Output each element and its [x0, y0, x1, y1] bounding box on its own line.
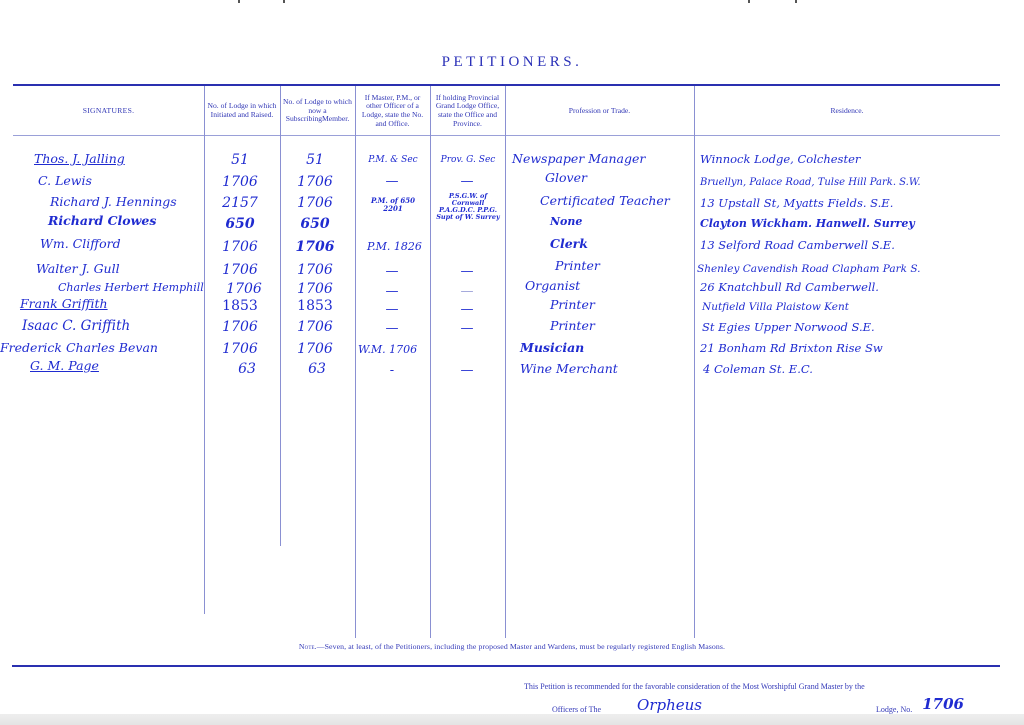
- column-header-lodge-subscribing: No. of Lodge to which now a SubscribingM…: [280, 88, 355, 134]
- signature: Charles Herbert Hemphill: [58, 282, 204, 293]
- officers-of-text: Officers of The: [552, 705, 601, 714]
- provincial-office: —: [432, 322, 502, 335]
- profession: Organist: [525, 280, 580, 293]
- office: P.M. of 650 2201: [368, 197, 418, 212]
- lodge-initiated: 51: [205, 153, 275, 167]
- profession: Printer: [550, 299, 595, 312]
- office: —: [357, 175, 427, 188]
- provincial-office: —: [432, 303, 502, 316]
- signature: Frank Griffith: [20, 298, 108, 311]
- lodge-initiated: 2157: [205, 196, 275, 210]
- lodge-subscribing: 51: [280, 153, 350, 167]
- profession: Certificated Teacher: [540, 195, 670, 208]
- profession: Musician: [520, 342, 584, 355]
- column-header-office: If Master, P.M., or other Officer of a L…: [355, 88, 430, 134]
- provincial-office: —: [432, 285, 502, 298]
- provincial-office: —: [432, 364, 502, 377]
- officers-of-label: Officers of The Orpheus: [552, 700, 668, 715]
- lodge-subscribing: 1706: [280, 282, 350, 296]
- residence: Nutfield Villa Plaistow Kent: [702, 302, 849, 313]
- column-header-lodge-initiated: No. of Lodge in which Initiated and Rais…: [204, 88, 280, 134]
- lodge-initiated: 1706: [205, 263, 275, 277]
- residence: Clayton Wickham. Hanwell. Surrey: [700, 218, 915, 229]
- page-edge: [0, 714, 1024, 725]
- residence: St Egies Upper Norwood S.E.: [702, 322, 875, 334]
- office: P.M. 1826: [367, 241, 422, 252]
- office: P.M. & Sec: [357, 157, 429, 165]
- lodge-subscribing: 1853: [280, 299, 350, 313]
- column-divider: [355, 86, 356, 638]
- lodge-subscribing: 1706: [280, 240, 350, 254]
- residence: Winnock Lodge, Colchester: [700, 154, 860, 166]
- lodge-subscribing: 650: [280, 217, 350, 231]
- residence: 21 Bonham Rd Brixton Rise Sw: [700, 343, 883, 355]
- lodge-initiated: 1853: [205, 299, 275, 313]
- signature: Walter J. Gull: [36, 263, 120, 276]
- profession: Newspaper Manager: [512, 153, 645, 166]
- petition-note: Note.—Seven, at least, of the Petitioner…: [0, 642, 1024, 651]
- signature: C. Lewis: [38, 175, 92, 188]
- lodge-initiated: 1706: [205, 320, 275, 334]
- residence: 4 Coleman St. E.C.: [703, 364, 813, 376]
- provincial-office: —: [432, 265, 502, 278]
- lodge-subscribing: 1706: [280, 342, 350, 356]
- residence: 13 Upstall St, Myatts Fields. S.E.: [700, 198, 893, 210]
- profession: Clerk: [550, 238, 588, 251]
- lodge-subscribing: 1706: [280, 196, 350, 210]
- provincial-office: Prov. G. Sec: [432, 157, 504, 165]
- column-header-provincial-office: If holding Provincial Grand Lodge Office…: [430, 88, 505, 134]
- recommendation-text: This Petition is recommended for the fav…: [524, 682, 865, 691]
- note-text: —Seven, at least, of the Petitioners, in…: [317, 642, 725, 651]
- provincial-office: —: [432, 175, 502, 188]
- profession: Glover: [545, 172, 587, 185]
- signature: Richard Clowes: [48, 215, 156, 228]
- signature: Thos. J. Jalling: [34, 153, 125, 166]
- column-header-residence: Residence.: [694, 88, 1000, 134]
- profession: Wine Merchant: [520, 363, 618, 376]
- lodge-initiated: 63: [212, 362, 282, 376]
- residence: Bruellyn, Palace Road, Tulse Hill Park. …: [700, 178, 921, 188]
- residence: Shenley Cavendish Road Clapham Park S.: [697, 264, 921, 275]
- residence: 26 Knatchbull Rd Camberwell.: [700, 282, 879, 294]
- signature: Isaac C. Griffith: [22, 320, 130, 334]
- profession: Printer: [550, 320, 595, 333]
- lodge-name: Orpheus: [637, 696, 702, 714]
- column-divider: [505, 86, 506, 638]
- page-title: PETITIONERS.: [0, 54, 1024, 71]
- signature: Frederick Charles Bevan: [0, 342, 158, 355]
- lodge-subscribing: 1706: [280, 175, 350, 189]
- lodge-number: 1706: [922, 695, 964, 713]
- signature: Wm. Clifford: [40, 238, 121, 251]
- column-header-profession: Profession or Trade.: [505, 88, 694, 134]
- office: —: [357, 265, 427, 278]
- lodge-number-label: Lodge, No. 1706: [876, 700, 956, 715]
- lodge-initiated: 1706: [205, 342, 275, 356]
- column-header-signatures: SIGNATURES.: [13, 88, 204, 134]
- residence: 13 Selford Road Camberwell S.E.: [700, 240, 895, 252]
- office: —: [357, 322, 427, 335]
- lodge-initiated: 1706: [209, 282, 279, 296]
- column-divider: [694, 86, 695, 638]
- profession: None: [550, 216, 582, 227]
- office: —: [357, 303, 427, 316]
- lodge-initiated: 650: [205, 217, 275, 231]
- lodge-subscribing: 63: [282, 362, 352, 376]
- office: -: [357, 364, 427, 377]
- page-top-marks: [0, 0, 1024, 4]
- profession: Printer: [555, 260, 600, 273]
- office: —: [357, 285, 427, 298]
- lodge-initiated: 1706: [205, 240, 275, 254]
- lodge-subscribing: 1706: [280, 320, 350, 334]
- lodge-initiated: 1706: [205, 175, 275, 189]
- header-bottom-rule: [13, 135, 1000, 136]
- table-top-rule: [13, 84, 1000, 86]
- table-bottom-rule: [12, 665, 1000, 667]
- provincial-office: P.S.G.W. of Cornwall P.A.G.D.C. P.P.G. S…: [434, 193, 502, 221]
- signature: Richard J. Hennings: [50, 196, 177, 209]
- office: W.M. 1706: [358, 344, 417, 355]
- lodge-subscribing: 1706: [280, 263, 350, 277]
- lodge-no-text: Lodge, No.: [876, 705, 912, 714]
- signature: G. M. Page: [30, 360, 99, 373]
- column-divider: [430, 86, 431, 638]
- note-prefix: Note.: [299, 642, 317, 651]
